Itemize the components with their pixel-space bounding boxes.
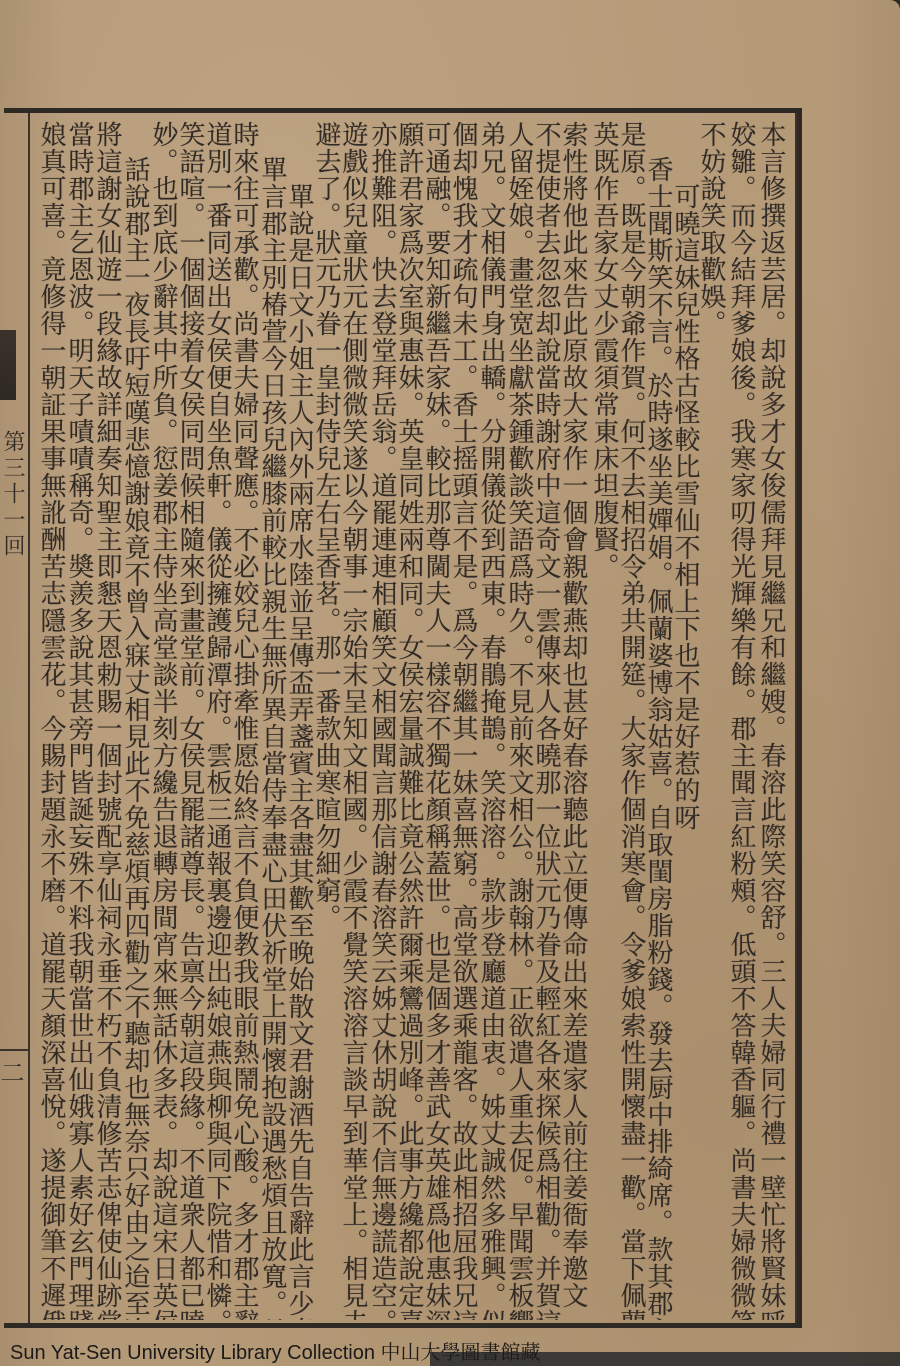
text-column: 遊戲似兒童狀元在側微微笑遂以今朝事一宗始末呈知文相國。少霞不覺笑溶溶言談早到華堂… bbox=[338, 121, 368, 1320]
text-column: 香士聞斯笑不言。於時遂坐美嬋娟。佩蘭婆博翁姑喜。自取閨房脂粉錢。發去厨中排綺席。… bbox=[643, 156, 673, 1320]
text-column: 話說郡主一夜長吁短嘆悲憶謝娘竟不曾入寐丈相見此不免慈煩再四勸之不聽却也無奈只好由… bbox=[120, 156, 150, 1320]
text-column: 人留姪娘。畫堂宽坐獻茶鍾歡談笑語爲時久。不見前來文相公。謝翰林。正欲遣人重去促。… bbox=[504, 121, 534, 1320]
text-column: 娘真可喜。竟修得一朝証果事無訛酬苦志隱雲花。今賜封題永不磨。道罷天顏深喜悅。遂提… bbox=[36, 121, 66, 1320]
text-column: 個却愧我才疏句未工。香士摇頭言不是。爲今朝繼其一妹喜無窮。高堂欲選乘龍客。故此相… bbox=[448, 121, 478, 1320]
text-column: 妙。也到底少辭其中所負。愆姜郡主侍坐高堂談半刻方纔告退轉房間宵來無話休多表。却說… bbox=[148, 121, 178, 1320]
fold-rule bbox=[28, 113, 30, 1323]
text-column: 可曉這妹兒性格古怪較比雪仙不相上下也不是好惹的呀 bbox=[670, 156, 700, 1320]
text-column: 單說是日文小姐主人內外兩席水陸並呈傳盃弄盞賓主各盡其歡至晚始散文君謝酒先自告辭此… bbox=[284, 156, 314, 1320]
fishtail-mark-icon bbox=[0, 330, 16, 400]
page-number: 二 bbox=[2, 1060, 28, 1084]
text-column: 避去了。狀元乃眷一皇封侍兒左右呈香茗。那一番款曲寒暄勿細窮。 bbox=[311, 121, 341, 1320]
text-column: 弟兄。文相儀門身出轎。分開儀從到西東。春鵑掩鵲。笑溶溶。款步登廳道由衷。姊丈誠然… bbox=[476, 121, 506, 1320]
frame-inner-rule bbox=[795, 113, 797, 1323]
text-column: 願許君家爲次室與惠妹。英皇同姓兩和同。女侯宏量誠難比竟公然許爾乘鸞過別峰。此事方… bbox=[394, 121, 424, 1320]
text-column: 將這謝女仙遊一段緣故詳細奏知聖主即懇天恩勅賜一個封號配享仙祠永垂不朽不負清修苦志… bbox=[92, 121, 122, 1320]
chapter-label: 第三十一回 bbox=[2, 430, 28, 560]
text-column: 不妨說笑取歡娛。 bbox=[696, 121, 726, 1320]
text-column: 是原。既是今朝爺作賀。何不去相招令弟共開筵。大家作個消寒會。令爹娘索性開懷盡一歡… bbox=[616, 121, 646, 1320]
text-column: 英既作吾家女丈少霞須常東床坦腹賢。 bbox=[589, 121, 619, 1320]
text-column: 可通融。要知新繼吾家妹。較比那尊閫夫人一樣容不獨花顏稱蓋世。也是個多才善武女英雄… bbox=[421, 121, 451, 1320]
text-column: 本言修撰返芸居。却說多才女俊儒拜見繼兄和繼嫂。春溶此際笑容舒。三人夫婦同行禮一壁… bbox=[756, 121, 786, 1320]
text-column: 時來往可承歡。尚書夫婦同聲應。不必姣兒心掛牽惟愿始終言不負便教我眼前熱鬧免心酸。… bbox=[229, 121, 259, 1320]
scanned-book-page: 第三十一回 二 本言修撰返芸居。却說多才女俊儒拜見繼兄和繼嫂。春溶此際笑容舒。三… bbox=[0, 0, 900, 1366]
fold-margin bbox=[0, 113, 30, 1323]
text-column: 當時郡主乞恩波。明天子嘖嘖稱奇。奬羨多說其甚旁門皆誕妄殊不料我朝當世出仙娥寡人素… bbox=[64, 121, 94, 1320]
text-column: 單言郡主別椿萱今日孩兒繼膝前較比親生無所異自當侍奉盡心田伏祈堂上開懷抱設遇愁煩且… bbox=[257, 156, 287, 1320]
text-column: 笑語喧。一個個接着女侯同問候相隨來到畫堂前。女侯見罷諸尊長。告禀今朝這段緣。不道… bbox=[175, 121, 205, 1320]
text-column: 姣雛。而今結拜爹娘後。我寒家叨得光輝樂有餘。郡主聞言紅粉頰。低頭不答韓香軀。尚書… bbox=[726, 121, 756, 1320]
library-caption: Sun Yat-Sen University Library Collectio… bbox=[10, 1336, 541, 1362]
text-column: 道別一番同送出女侯便自坐魚軒。儀從擁護歸潭府。雲板三通報裏邊迎出純娘燕與柳與同下… bbox=[202, 121, 232, 1320]
text-column: 亦推難阻。快去登堂拜岳翁。道罷連連相顧笑文相國聞言那信謝春溶笑云姊丈休胡說不信無… bbox=[367, 121, 397, 1320]
text-column: 不提使者去忽忽却說當時謝府中這奇文一雲傳來人各曉那一位狀元乃眷及輕紅各來探候爲相… bbox=[531, 121, 561, 1320]
fold-divider bbox=[0, 1049, 28, 1051]
text-column: 索性將他此來告此原故大家作一個會親歡燕却也甚好春溶聽此立便傳命出來差遣家人前往姜… bbox=[558, 121, 588, 1320]
